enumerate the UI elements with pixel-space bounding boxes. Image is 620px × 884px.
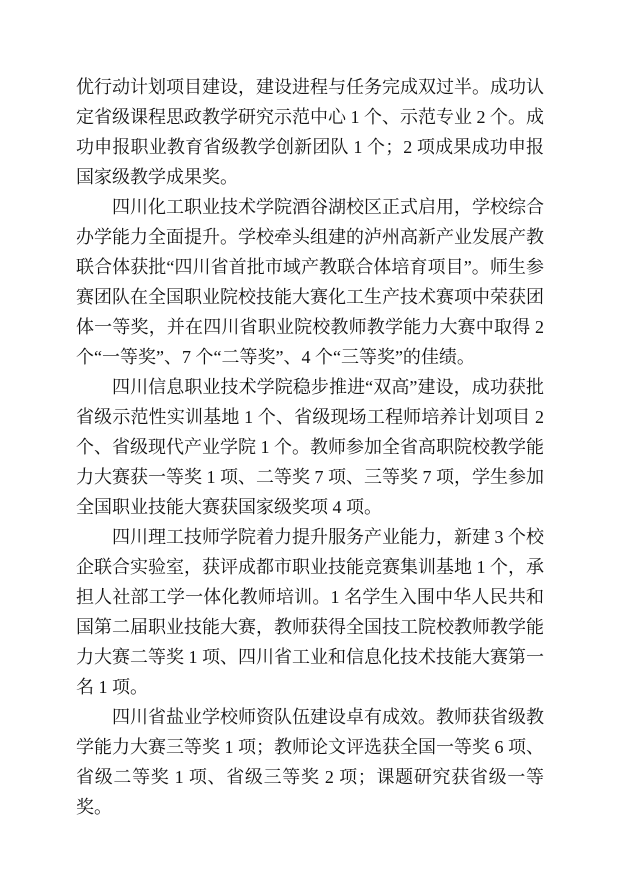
- document-page: 优行动计划项目建设，建设进程与任务完成双过半。成功认定省级课程思政教学研究示范中…: [0, 0, 620, 884]
- paragraph-sichuan-polytechnic-technician-college: 四川理工技师学院着力提升服务产业能力，新建 3 个校企联合实验室，获评成都市职业…: [76, 522, 544, 702]
- paragraph-sichuan-salt-industry-school: 四川省盐业学校师资队伍建设卓有成效。教师获省级教学能力大赛三等奖 1 项；教师论…: [76, 702, 544, 822]
- paragraph-continued: 优行动计划项目建设，建设进程与任务完成双过半。成功认定省级课程思政教学研究示范中…: [76, 72, 544, 192]
- paragraph-sichuan-information-college: 四川信息职业技术学院稳步推进“双高”建设，成功获批省级示范性实训基地 1 个、省…: [76, 372, 544, 522]
- paragraph-sichuan-chemical-college: 四川化工职业技术学院酒谷湖校区正式启用，学校综合办学能力全面提升。学校牵头组建的…: [76, 192, 544, 372]
